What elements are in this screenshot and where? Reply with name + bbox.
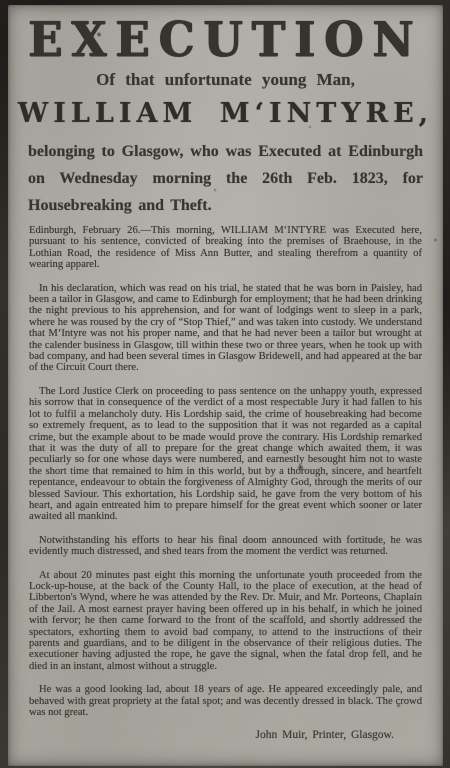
broadside-paper: EXECUTION Of that unfortunate young Man,… xyxy=(8,5,443,766)
page-title: EXECUTION xyxy=(8,14,443,67)
paragraph-declaration: In his declaration, which was read on hi… xyxy=(29,283,422,374)
ink-speck xyxy=(96,32,102,37)
ink-speck xyxy=(396,703,401,708)
paragraph-verdict-reaction: Notwithstanding his efforts to hear his … xyxy=(29,535,422,558)
paragraph-dateline: Edinburgh, February 26.—This morning, WI… xyxy=(29,225,422,271)
paragraph-execution-account: At about 20 minutes past eight this morn… xyxy=(29,570,422,673)
masthead-subtitle: Of that unfortunate young Man, xyxy=(8,70,443,90)
scanned-broadside: EXECUTION Of that unfortunate young Man,… xyxy=(0,0,450,768)
paragraph-sentencing: The Lord Justice Clerk on proceeding to … xyxy=(29,386,422,523)
ink-speck xyxy=(308,125,312,129)
ink-speck xyxy=(433,238,438,242)
ink-speck xyxy=(297,464,304,471)
masthead-deck: belonging to Glasgow, who was Executed a… xyxy=(28,138,423,219)
paragraph-description: He was a good looking lad, about 18 year… xyxy=(29,684,422,718)
printer-imprint: John Muir, Printer, Glasgow. xyxy=(29,730,422,741)
ink-speck xyxy=(213,188,217,192)
masthead: EXECUTION Of that unfortunate young Man,… xyxy=(8,15,443,219)
broadside-body: Edinburgh, February 26.—This morning, WI… xyxy=(29,225,422,742)
condemned-name: WILLIAM M‘INTYRE, xyxy=(8,98,443,129)
